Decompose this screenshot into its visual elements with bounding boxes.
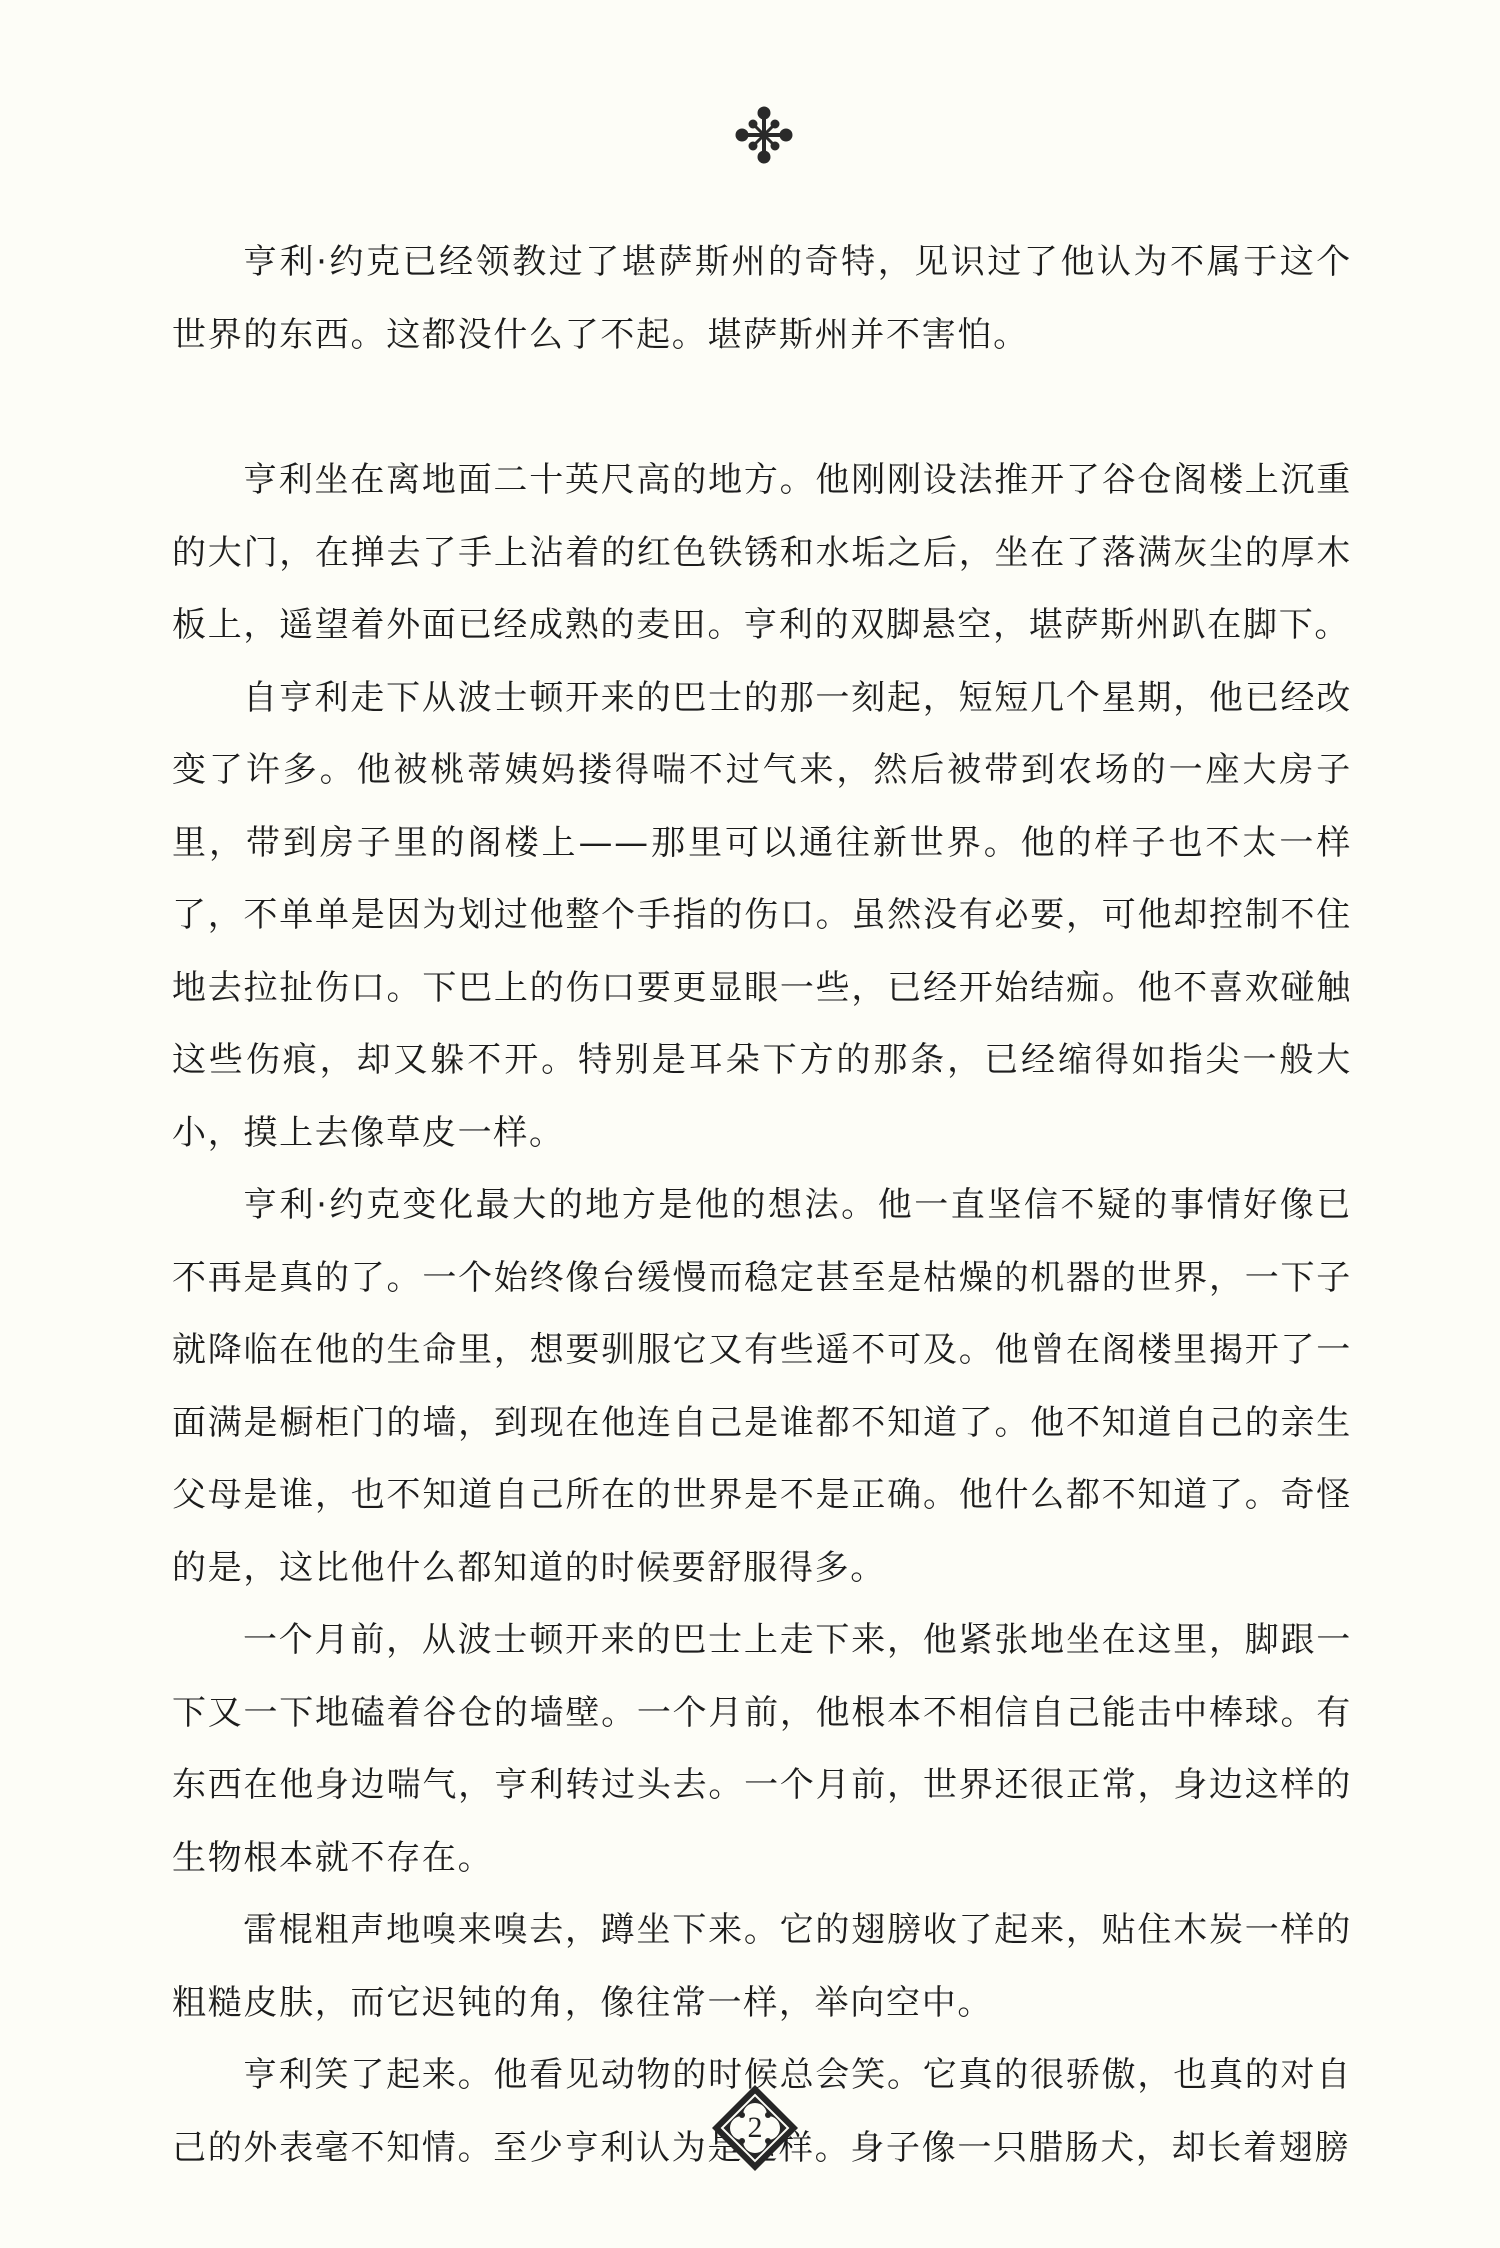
fleuron-ornament-icon [734,105,794,165]
paragraph: 自亨利走下从波士顿开来的巴士的那一刻起，短短几个星期，他已经改变了许多。他被桃蒂… [172,662,1352,1170]
paragraph: 一个月前，从波士顿开来的巴士上走下来，他紧张地坐在这里，脚跟一下又一下地磕着谷仓… [172,1604,1352,1894]
page-number-badge: 2 [712,2085,798,2171]
main-section: 亨利坐在离地面二十英尺高的地方。他刚刚设法推开了谷仓阁楼上沉重的大门，在掸去了手… [172,444,1352,2184]
paragraph: 雷棍粗声地嗅来嗅去，蹲坐下来。它的翅膀收了起来，贴住木炭一样的粗糙皮肤，而它迟钝… [172,1894,1352,2039]
paragraph: 亨利坐在离地面二十英尺高的地方。他刚刚设法推开了谷仓阁楼上沉重的大门，在掸去了手… [172,444,1352,662]
paragraph: 亨利·约克已经领教过了堪萨斯州的奇特，见识过了他认为不属于这个世界的东西。这都没… [172,226,1352,371]
opening-section: 亨利·约克已经领教过了堪萨斯州的奇特，见识过了他认为不属于这个世界的东西。这都没… [172,226,1352,371]
page-number: 2 [712,2085,798,2171]
paragraph: 亨利·约克变化最大的地方是他的想法。他一直坚信不疑的事情好像已不再是真的了。一个… [172,1169,1352,1604]
